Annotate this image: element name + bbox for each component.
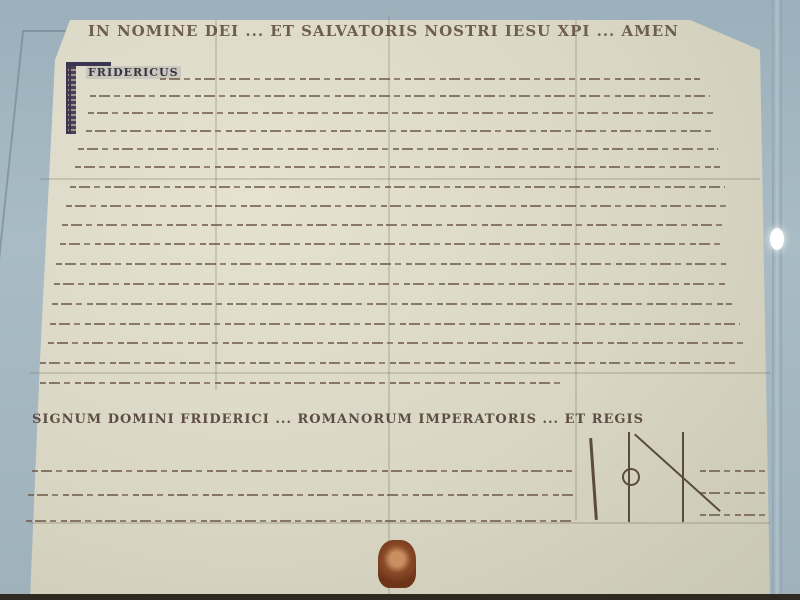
- script-line: [90, 95, 710, 97]
- wax-seal-icon: [378, 540, 416, 588]
- display-case-frame-right: [772, 0, 782, 600]
- light-reflection: [770, 228, 784, 250]
- script-line: [32, 470, 572, 472]
- script-line: [56, 263, 726, 265]
- script-line: [75, 166, 720, 168]
- script-line: [700, 470, 770, 472]
- script-line: [52, 303, 732, 305]
- fold-line: [30, 372, 770, 374]
- script-line: [88, 112, 713, 114]
- script-line: [66, 205, 726, 207]
- script-line: [40, 362, 740, 364]
- fold-line: [388, 15, 390, 595]
- script-line: [160, 78, 700, 80]
- fold-line: [40, 178, 760, 180]
- script-line: [78, 148, 718, 150]
- fold-line: [30, 522, 770, 524]
- script-line: [40, 382, 560, 384]
- script-line: [54, 283, 726, 285]
- case-bottom-edge: [0, 594, 800, 600]
- charter-header-line: IN NOMINE DEI ... ET SALVATORIS NOSTRI I…: [88, 22, 679, 40]
- script-line: [700, 514, 770, 516]
- script-line: [28, 494, 573, 496]
- script-line: [50, 323, 740, 325]
- script-line: [62, 224, 727, 226]
- signum-line: SIGNUM DOMINI FRIDERICI ... ROMANORUM IM…: [32, 412, 644, 427]
- script-line: [26, 520, 571, 522]
- initial-f-stem: [66, 62, 76, 134]
- script-line: [70, 186, 725, 188]
- script-line: [700, 492, 770, 494]
- script-line: [86, 130, 716, 132]
- script-line: [48, 342, 748, 344]
- script-line: [60, 243, 725, 245]
- parchment-charter: [30, 20, 770, 600]
